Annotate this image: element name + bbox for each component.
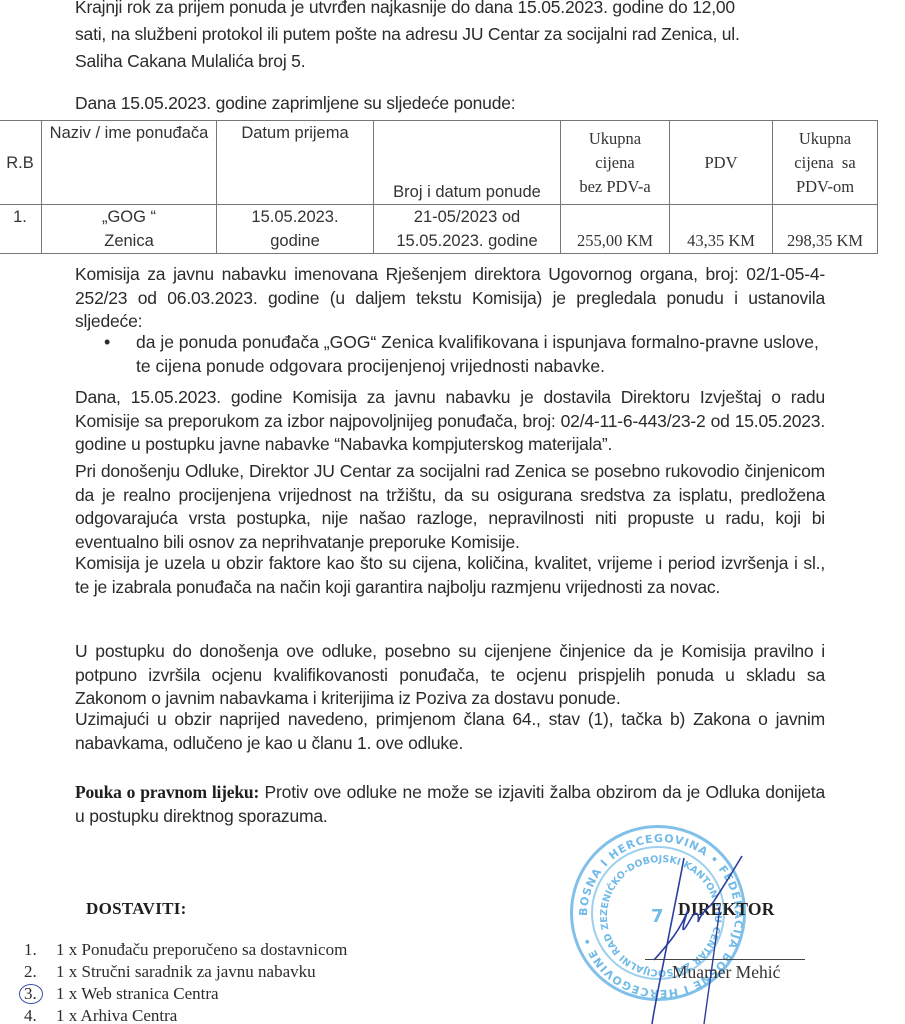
- intro-paragraph: Krajnji rok za prijem ponuda je utvrđen …: [75, 0, 825, 75]
- cell-rb: 1.: [0, 205, 42, 254]
- col-pdv: PDV: [670, 121, 773, 205]
- col-sa-pdv-line2: cijena sa: [775, 151, 875, 175]
- distribution-num: 1.: [24, 939, 56, 961]
- col-sa-pdv: Ukupna cijena sa PDV-om: [773, 121, 878, 205]
- col-datum: Datum prijema: [217, 121, 374, 205]
- handwritten-signature-icon: [650, 850, 770, 1024]
- cell-bez-pdv: 255,00 KM: [561, 205, 670, 254]
- table-row: 1. „GOG “ Zenica 15.05.2023. godine 21-0…: [0, 205, 878, 254]
- paragraph-factors: Komisija je uzela u obzir faktore kao št…: [75, 552, 825, 599]
- col-bez-pdv: Ukupna cijena bez PDV-a: [561, 121, 670, 205]
- distribution-item: 4.1 x Arhiva Centra: [24, 1005, 347, 1024]
- distribution-item: 1.1 x Ponuđaču preporučeno sa dostavnico…: [24, 939, 347, 961]
- distribution-title: DOSTAVITI:: [86, 899, 187, 919]
- distribution-text: 1 x Arhiva Centra: [56, 1005, 177, 1024]
- paragraph-report-submitted: Dana, 15.05.2023. godine Komisija za jav…: [75, 386, 825, 457]
- col-bez-pdv-line3: bez PDV-a: [563, 175, 667, 199]
- distribution-list: 1.1 x Ponuđaču preporučeno sa dostavnico…: [24, 939, 347, 1024]
- offers-table: R.B Naziv / ime ponuđača Datum prijema B…: [0, 120, 878, 254]
- cell-broj-line2: 15.05.2023. godine: [376, 229, 558, 253]
- distribution-num: 2.: [24, 961, 56, 983]
- paragraph-komisija-review: Komisija za javnu nabavku imenovana Rješ…: [75, 263, 825, 334]
- table-header-row: R.B Naziv / ime ponuđača Datum prijema B…: [0, 121, 878, 205]
- cell-naziv-line2: Zenica: [44, 229, 214, 253]
- findings-item-text: da je ponuda ponuđača „GOG“ Zenica kvali…: [134, 330, 834, 378]
- col-sa-pdv-line3: PDV-om: [775, 175, 875, 199]
- paragraph-procedure: U postupku do donošenja ove odluke, pose…: [75, 640, 825, 711]
- col-sa-pdv-line1: Ukupna: [775, 127, 875, 151]
- distribution-num: 4.: [24, 1005, 56, 1024]
- cell-pdv: 43,35 KM: [670, 205, 773, 254]
- intro-line-2: sati, na službeni protokol ili putem poš…: [75, 21, 825, 48]
- cell-naziv: „GOG “ Zenica: [42, 205, 217, 254]
- cell-naziv-line1: „GOG “: [44, 205, 214, 229]
- paragraph-legal-remedy: Pouka o pravnom lijeku: Protiv ove odluk…: [75, 781, 825, 828]
- findings-item: • da je ponuda ponuđača „GOG“ Zenica kva…: [104, 330, 834, 378]
- bullet-icon: •: [104, 330, 134, 378]
- col-broj: Broj i datum ponude: [374, 121, 561, 205]
- col-bez-pdv-line1: Ukupna: [563, 127, 667, 151]
- col-bez-pdv-line2: cijena: [563, 151, 667, 175]
- distribution-text: 1 x Stručni saradnik za javnu nabavku: [56, 961, 316, 983]
- intro-line-3: Saliha Cakana Mulalića broj 5.: [75, 48, 825, 75]
- legal-remedy-label: Pouka o pravnom lijeku:: [75, 782, 259, 802]
- cell-datum: 15.05.2023. godine: [217, 205, 374, 254]
- cell-broj: 21-05/2023 od 15.05.2023. godine: [374, 205, 561, 254]
- received-offers-heading: Dana 15.05.2023. godine zaprimljene su s…: [75, 92, 825, 116]
- cell-sa-pdv: 298,35 KM: [773, 205, 878, 254]
- distribution-text: 1 x Ponuđaču preporučeno sa dostavnicom: [56, 939, 347, 961]
- distribution-text: 1 x Web stranica Centra: [56, 983, 219, 1005]
- intro-line-1: Krajnji rok za prijem ponuda je utvrđen …: [75, 0, 825, 21]
- distribution-item: 2.1 x Stručni saradnik za javnu nabavku: [24, 961, 347, 983]
- cell-datum-line1: 15.05.2023.: [219, 205, 371, 229]
- distribution-item: 3.1 x Web stranica Centra: [24, 983, 347, 1005]
- distribution-num-circled: 3.: [24, 983, 56, 1005]
- col-naziv: Naziv / ime ponuđača: [42, 121, 217, 205]
- paragraph-director-decision: Pri donošenju Odluke, Direktor JU Centar…: [75, 460, 825, 554]
- col-rb: R.B: [0, 121, 42, 205]
- cell-broj-line1: 21-05/2023 od: [376, 205, 558, 229]
- findings-list: • da je ponuda ponuđača „GOG“ Zenica kva…: [104, 330, 834, 378]
- cell-datum-line2: godine: [219, 229, 371, 253]
- paragraph-conclusion: Uzimajući u obzir naprijed navedeno, pri…: [75, 708, 825, 755]
